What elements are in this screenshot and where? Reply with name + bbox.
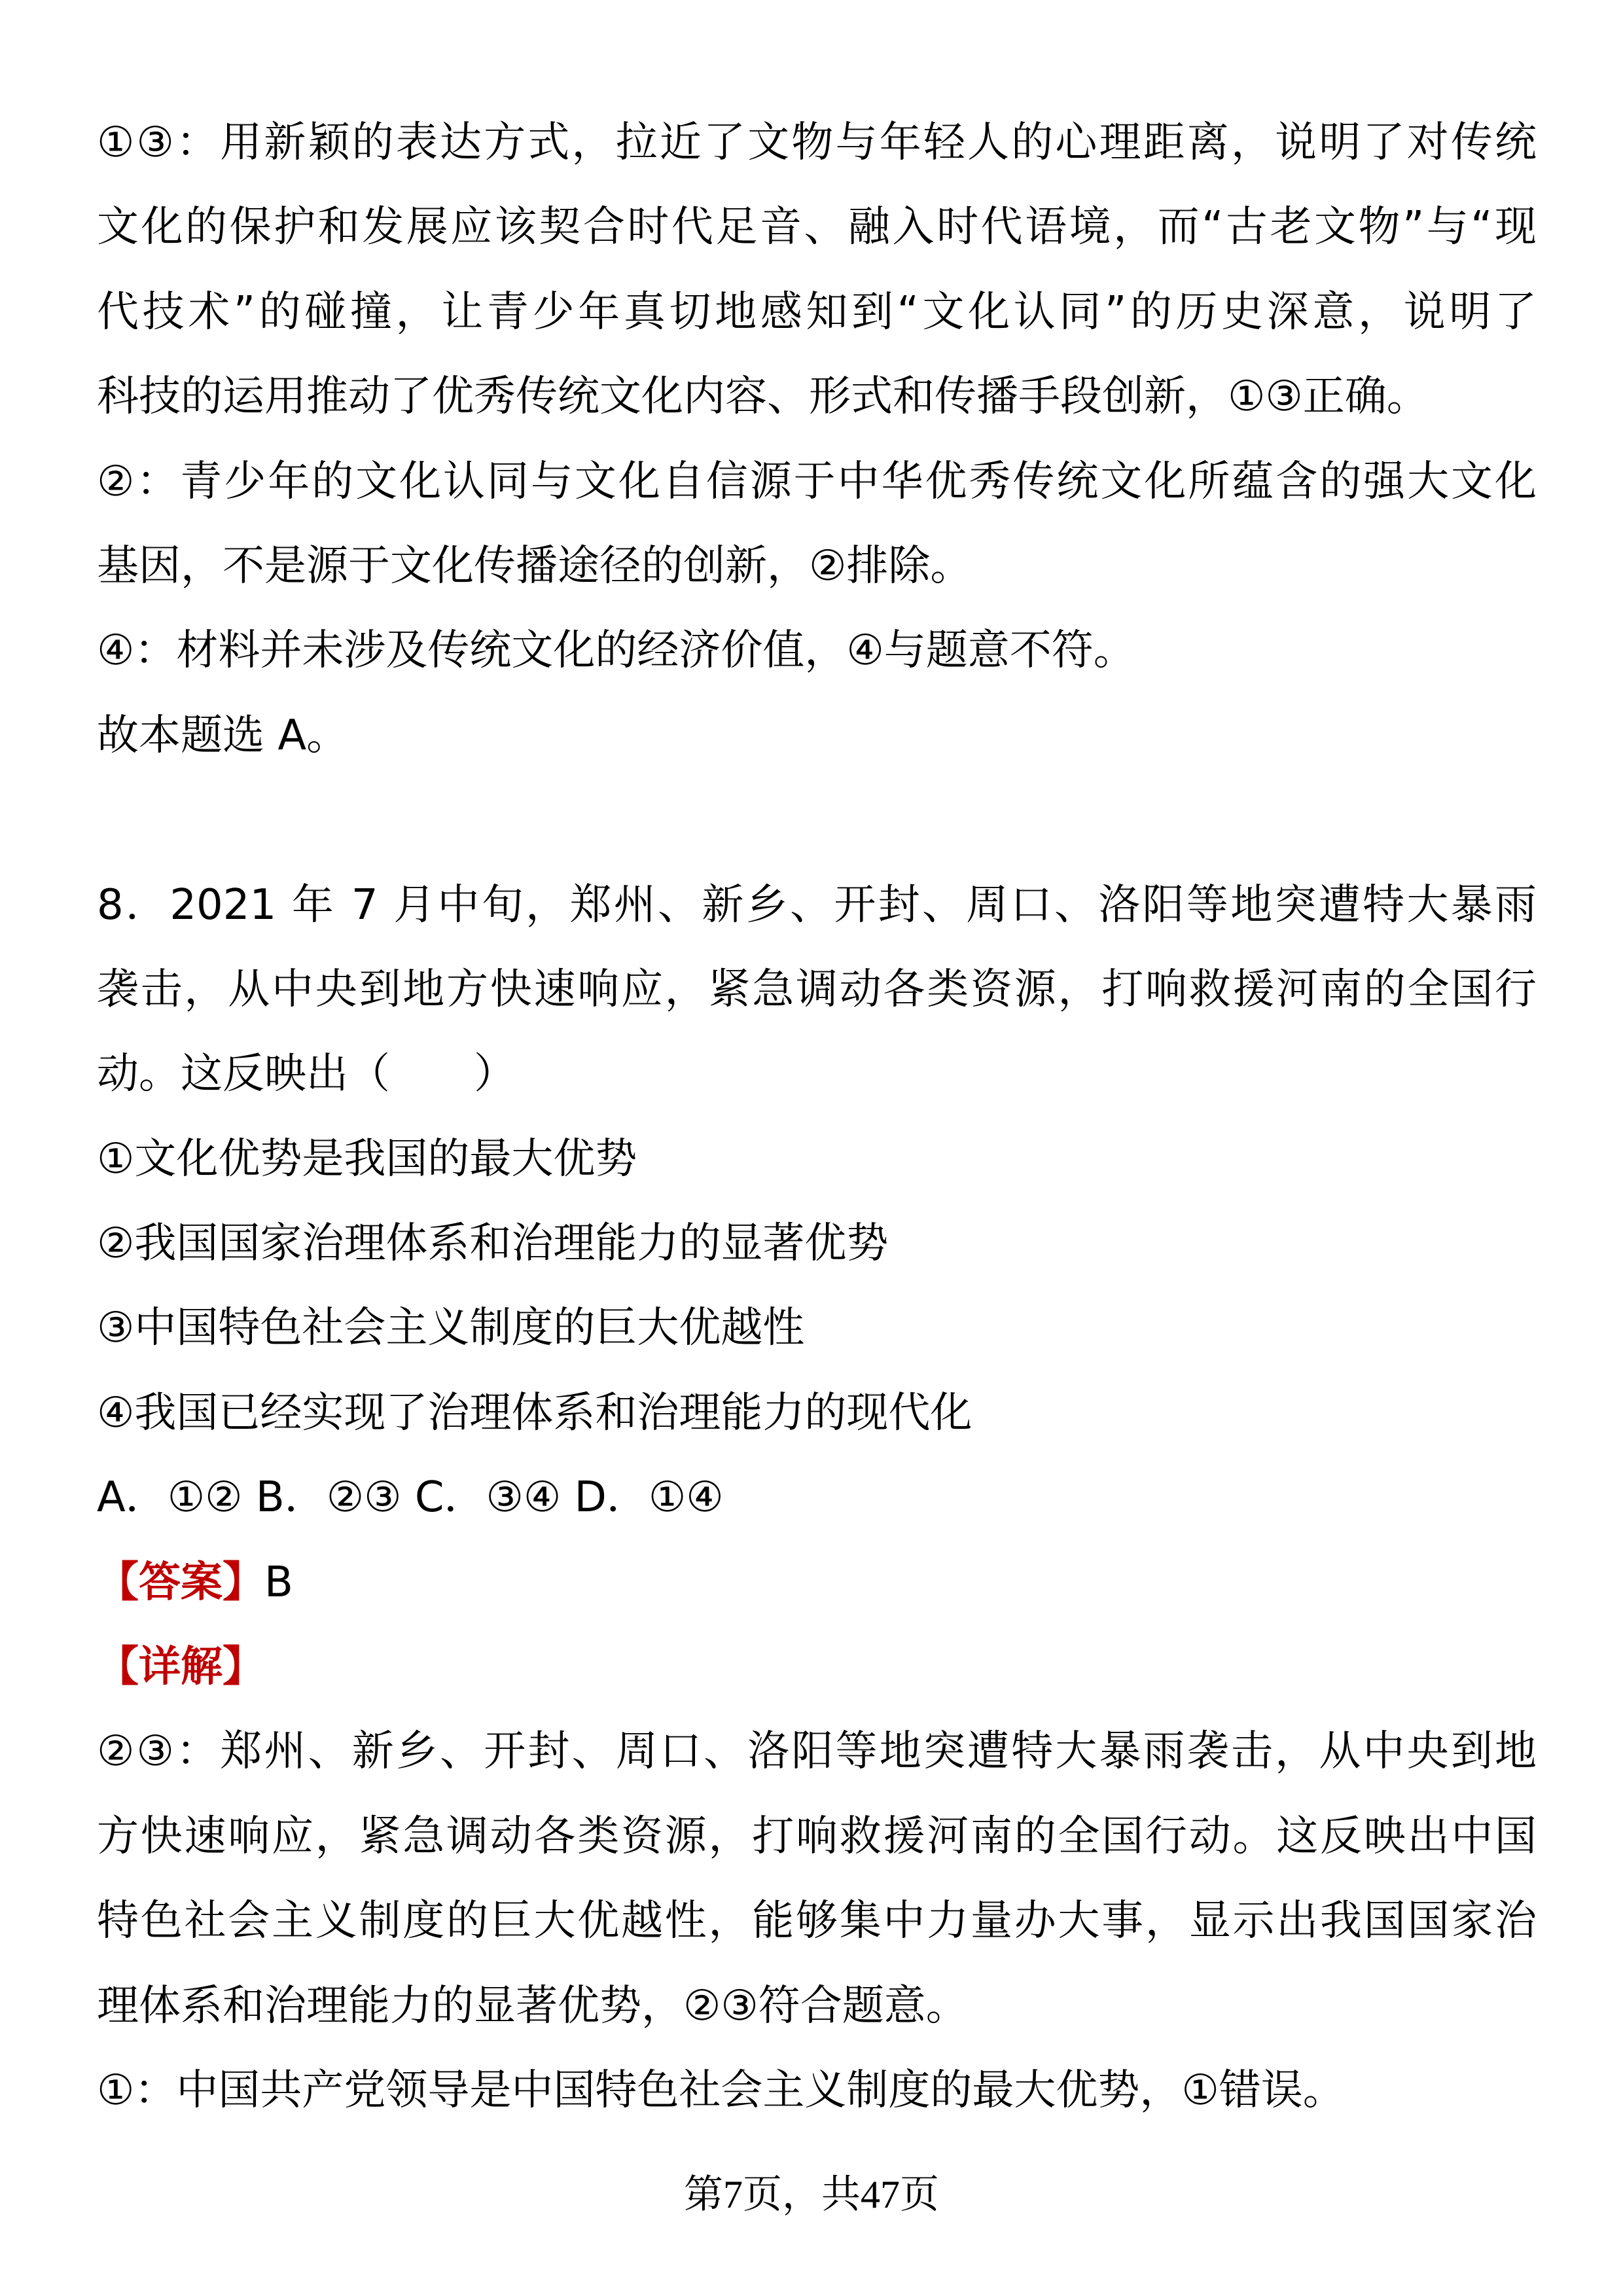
previous-explanation: ①③：用新颖的表达方式，拉近了文物与年轻人的心理距离，说明了对传统 文化的保护和… <box>97 101 1537 778</box>
explanation-line: ②③：郑州、新乡、开封、周口、洛阳等地突遭特大暴雨袭击，从中央到地 <box>97 1710 1537 1794</box>
question-8: 8．2021 年 7 月中旬，郑州、新乡、开封、周口、洛阳等地突遭特大暴雨 袭击… <box>97 863 1537 1541</box>
explanation-line: ①：中国共产党领导是中国特色社会主义制度的最大优势，①错误。 <box>97 2049 1537 2133</box>
explanation-header: 【详解】 <box>97 1625 1537 1710</box>
explanation-line: 理体系和治理能力的显著优势，②③符合题意。 <box>97 1964 1537 2049</box>
explanation-line: 方快速响应，紧急调动各类资源，打响救援河南的全国行动。这反映出中国 <box>97 1795 1537 1879</box>
document-page: ①③：用新颖的表达方式，拉近了文物与年轻人的心理距离，说明了对传统 文化的保护和… <box>97 101 1537 2133</box>
explanation-line: 代技术”的碰撞，让青少年真切地感知到“文化认同”的历史深意，说明了 <box>97 270 1537 355</box>
answer-value: B <box>264 1558 293 1607</box>
explanation-body: ②③：郑州、新乡、开封、周口、洛阳等地突遭特大暴雨袭击，从中央到地 方快速响应，… <box>97 1710 1537 2133</box>
explanation-line: 文化的保护和发展应该契合时代足音、融入时代语境，而“古老文物”与“现 <box>97 185 1537 270</box>
explanation-line: 特色社会主义制度的巨大优越性，能够集中力量办大事，显示出我国国家治 <box>97 1879 1537 1964</box>
question-stem-line: 8．2021 年 7 月中旬，郑州、新乡、开封、周口、洛阳等地突遭特大暴雨 <box>97 863 1537 948</box>
statement-2: ②我国国家治理体系和治理能力的显著优势 <box>97 1202 1537 1286</box>
question-stem-line: 袭击，从中央到地方快速响应，紧急调动各类资源，打响救援河南的全国行 <box>97 948 1537 1032</box>
explanation-label: 【详解】 <box>97 1643 264 1691</box>
explanation-line: 基因，不是源于文化传播途径的创新，②排除。 <box>97 524 1537 609</box>
explanation-line: ④：材料并未涉及传统文化的经济价值，④与题意不符。 <box>97 609 1537 693</box>
answer-row: 【答案】B <box>97 1541 1537 1625</box>
conclusion-line: 故本题选 A。 <box>97 694 1537 778</box>
page-footer: 第7页，共47页 <box>0 2163 1623 2219</box>
answer-label: 【答案】 <box>97 1558 264 1607</box>
statement-3: ③中国特色社会主义制度的巨大优越性 <box>97 1286 1537 1371</box>
question-stem-line: 动。这反映出（ ） <box>97 1032 1537 1117</box>
statement-4: ④我国已经实现了治理体系和治理能力的现代化 <box>97 1371 1537 1456</box>
statement-1: ①文化优势是我国的最大优势 <box>97 1117 1537 1202</box>
explanation-line: ②：青少年的文化认同与文化自信源于中华优秀传统文化所蕴含的强大文化 <box>97 440 1537 524</box>
explanation-line: 科技的运用推动了优秀传统文化内容、形式和传播手段创新，①③正确。 <box>97 355 1537 439</box>
answer-options: A．①② B．②③ C．③④ D．①④ <box>97 1456 1537 1540</box>
spacer <box>97 778 1537 863</box>
explanation-line: ①③：用新颖的表达方式，拉近了文物与年轻人的心理距离，说明了对传统 <box>97 101 1537 185</box>
